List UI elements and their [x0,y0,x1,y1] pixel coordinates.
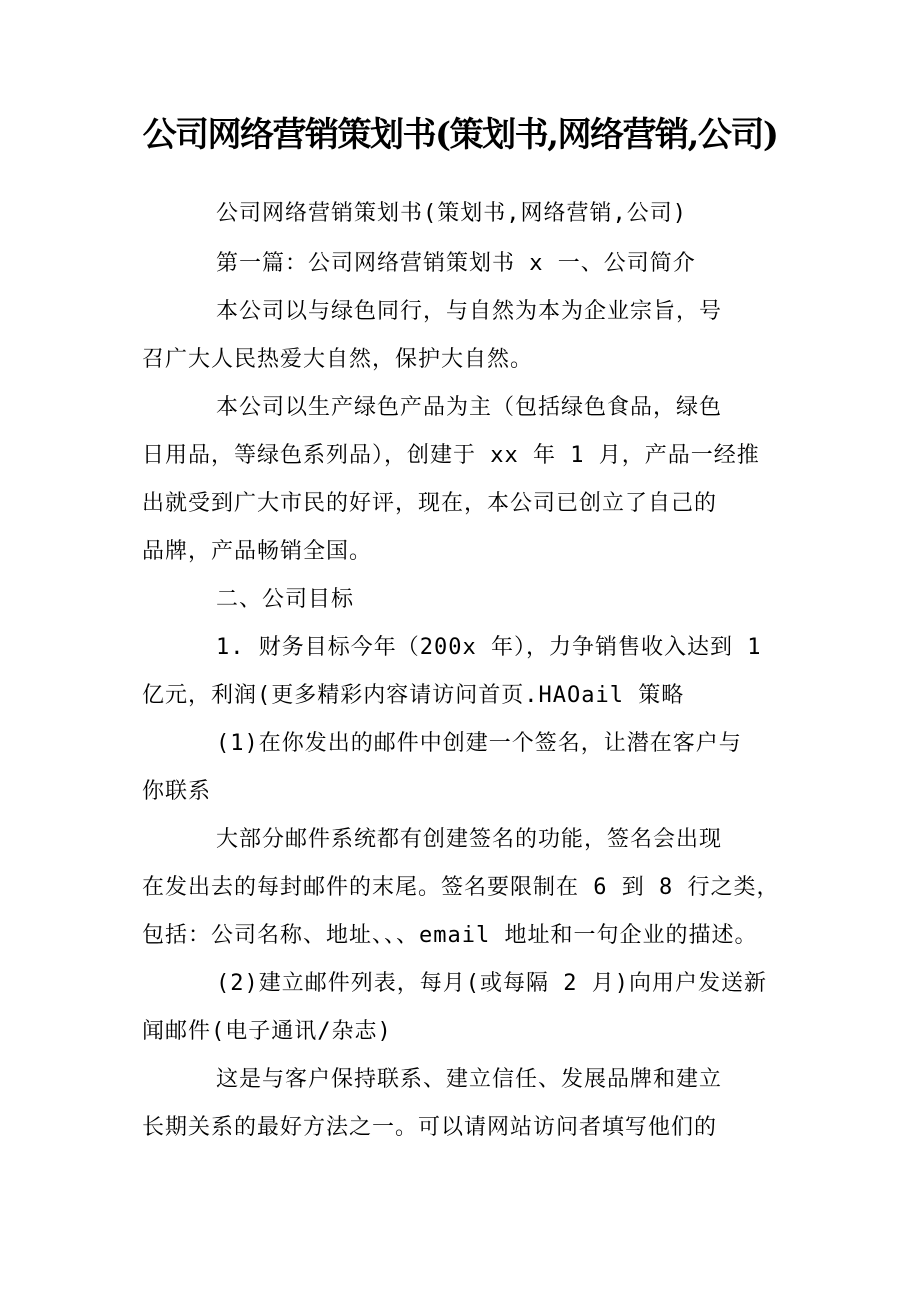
paragraph-line: 1. 财务目标今年（200x 年），力争销售收入达到 1 [216,632,761,664]
document-title: 公司网络营销策划书(策划书,网络营销,公司) [0,110,920,160]
section-heading: 二、公司目标 [216,584,354,616]
paragraph-line: 本公司以与绿色同行，与自然为本为企业宗旨，号 [216,296,722,328]
paragraph-line: 第一篇：公司网络营销策划书 x 一、公司简介 [216,248,696,280]
paragraph-line: 召广大人民热爱大自然，保护大自然。 [142,344,533,376]
paragraph-line: 日用品，等绿色系列品），创建于 xx 年 1 月，产品一经推 [142,440,760,472]
document-page: 公司网络营销策划书(策划书,网络营销,公司) 公司网络营销策划书(策划书,网络营… [0,0,920,1302]
paragraph-line: 大部分邮件系统都有创建签名的功能，签名会出现 [216,824,722,856]
paragraph-line: (1)在你发出的邮件中创建一个签名，让潜在客户与 [216,728,742,760]
paragraph-line: 品牌，产品畅销全国。 [142,536,372,568]
paragraph-line: 长期关系的最好方法之一。可以请网站访问者填写他们的 [142,1112,717,1144]
paragraph-line: 包括：公司名称、地址、、、email 地址和一句企业的描述。 [142,920,757,952]
paragraph-line: 本公司以生产绿色产品为主（包括绿色食品，绿色 [216,392,722,424]
paragraph-line: 闻邮件(电子通讯/杂志) [142,1016,392,1048]
paragraph-line: 在发出去的每封邮件的末尾。签名要限制在 6 到 8 行之类， [142,872,779,904]
paragraph-line: 公司网络营销策划书(策划书,网络营销,公司) [216,198,687,230]
paragraph-line: 亿元，利润(更多精彩内容请访问首页.HAOail 策略 [142,680,684,712]
paragraph-line: (2)建立邮件列表，每月(或每隔 2 月)向用户发送新 [216,968,767,1000]
paragraph-line: 这是与客户保持联系、建立信任、发展品牌和建立 [216,1064,722,1096]
paragraph-line: 你联系 [142,776,211,808]
paragraph-line: 出就受到广大市民的好评，现在，本公司已创立了自己的 [142,488,717,520]
